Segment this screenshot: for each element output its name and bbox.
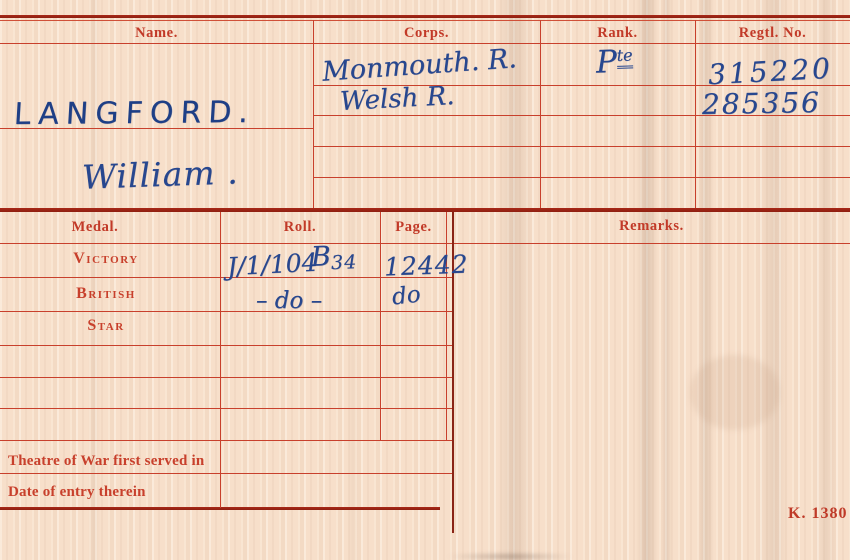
column-divider [313,20,314,210]
paper-streak [88,0,100,560]
column-divider [540,20,541,210]
medal-index-card: Name. Corps. Rank. Regtl. No. Medal. Rol… [0,0,850,560]
surname-handwriting: LANGFORD. [13,95,256,132]
grid-line [0,408,452,409]
column-divider [220,212,221,508]
regimental-number-2: 285356 [702,86,821,121]
grid-line [0,345,452,346]
top-border-rule [0,15,850,18]
column-divider [380,212,381,441]
header-roll: Roll. [220,219,380,236]
roll-b-number: 34 [331,251,358,274]
paper-streak [662,0,672,560]
roll-b-handwriting: B34 [310,240,357,275]
header-regtl-no: Regtl. No. [695,25,850,42]
paper-streak [636,0,658,560]
medal-row-star: Star [0,317,212,335]
roll-victory-handwriting: J/1/104 [226,248,318,282]
corps-entry-2: Welsh R. [339,81,455,117]
form-code: K. 1380 [788,505,847,523]
roll-british-ditto: – do – [256,288,322,314]
rank-initial: P [595,44,617,81]
medal-row-british: British [0,285,212,303]
grid-line [0,20,850,21]
header-name: Name. [0,25,313,42]
grid-line [0,440,452,441]
medal-row-victory: Victory [0,250,212,268]
grid-line [0,243,850,244]
column-divider [695,20,696,210]
header-medal: Medal. [0,219,190,236]
corps-entry-1: Monmouth. R. [321,43,518,88]
grid-line [0,311,452,312]
label-date-of-entry: Date of entry therein [8,484,146,501]
section-divider-rule [0,208,850,212]
grid-line [313,177,850,178]
grid-line [0,473,452,474]
paper-streak [498,0,532,560]
header-rank: Rank. [540,25,695,42]
paper-blotch [690,355,780,430]
grid-line [0,377,452,378]
header-page: Page. [380,219,447,236]
column-divider [446,212,447,441]
grid-line [313,146,850,147]
scan-edge-shadow [445,553,575,560]
rank-handwriting: Pte [595,43,633,80]
page-victory-handwriting: 12442 [384,250,469,282]
label-theatre-of-war: Theatre of War first served in [8,453,204,470]
roll-b-letter: B [310,241,331,273]
header-corps: Corps. [313,25,540,42]
rank-superscript: te [616,45,633,69]
grid-line [0,43,850,44]
page-british-ditto: do [391,282,422,311]
forename-handwriting: William . [81,152,239,196]
header-remarks: Remarks. [453,218,850,235]
